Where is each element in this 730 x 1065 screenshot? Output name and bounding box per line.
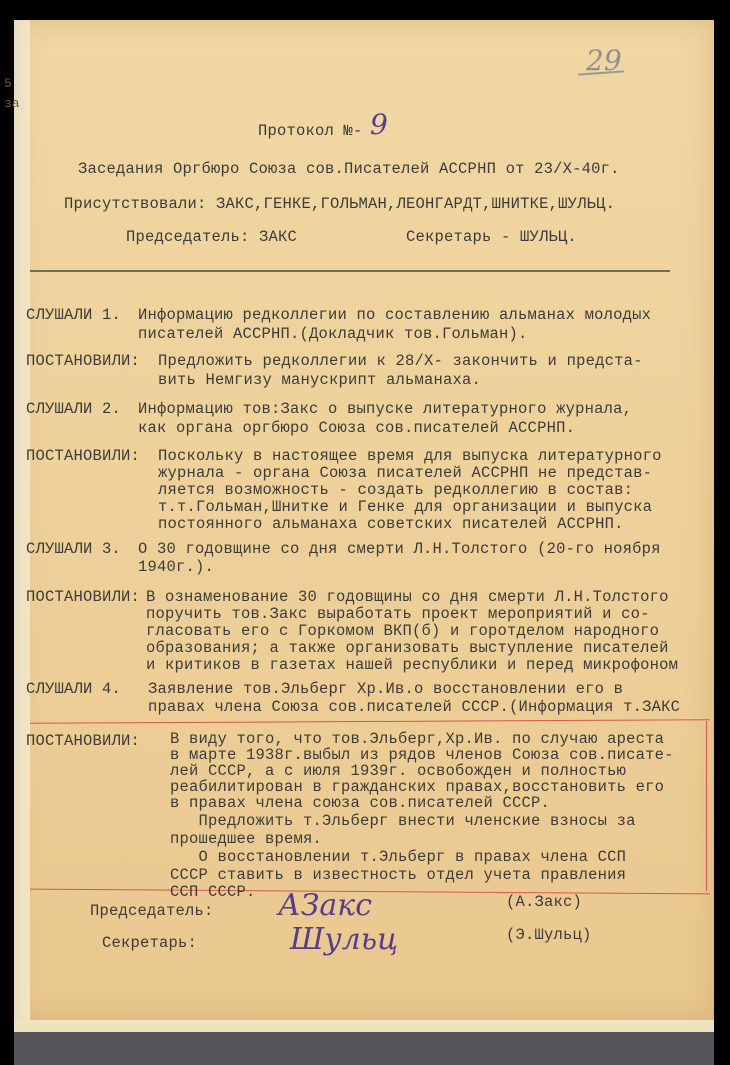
item-label: ПОСТАНОВИЛИ: (26, 352, 140, 370)
secretary-name: (Э.Шульц) (506, 926, 592, 944)
item-text-line: О 30 годовщине со дня смерти Л.Н.Толстог… (138, 540, 661, 558)
secretary-signature-label: Секретарь: (102, 934, 197, 952)
item-text-line: журнала - органа Союза писателей АССРНП … (158, 464, 652, 482)
item-label: СЛУШАЛИ 2. (26, 400, 121, 418)
item-text-line: как органа оргбюро Союза сов.писателей А… (138, 419, 575, 437)
separator-rule (30, 270, 670, 272)
red-pencil-mark (706, 721, 707, 891)
chair-signature: АЗакс (278, 888, 372, 923)
secretary-line: Секретарь - ШУЛЬЦ. (406, 228, 577, 246)
item-text-line: Предложить т.Эльберг внести членские взн… (170, 812, 636, 830)
item-text-line: Предложить редколлегии к 28/X- закончить… (158, 352, 643, 370)
binding-edge (14, 20, 30, 1020)
item-text-line: вить Немгизу манускрипт альманаха. (158, 371, 481, 389)
item-label: ПОСТАНОВИЛИ: (26, 588, 140, 606)
item-text-line: СССР ставить в известность отдел учета п… (170, 866, 626, 884)
protocol-number: 9 (370, 108, 388, 141)
item-text-line: постоянного альманаха советских писателе… (158, 515, 624, 533)
item-text-line: писателей АССРНП.(Докладчик тов.Гольман)… (138, 325, 528, 343)
item-label: СЛУШАЛИ 3. (26, 540, 121, 558)
item-text-line: образования; а также организовать выступ… (146, 639, 669, 657)
item-text-line: ляется возможность - создать редколлегию… (158, 481, 633, 499)
item-label: СЛУШАЛИ 1. (26, 306, 121, 324)
chair-signature-label: Председатель: (90, 902, 214, 920)
item-text-line: Информацию тов:Закс о выпуске литературн… (138, 400, 632, 418)
item-text-line: т.т.Гольман,Шнитке и Генке для организац… (158, 498, 652, 516)
item-text-line: в правах члена союза сов.писателей СССР. (170, 794, 550, 812)
item-text-line: Заявление тов.Эльберг Хр.Ив.о восстановл… (148, 680, 623, 698)
item-label: ПОСТАНОВИЛИ: (26, 447, 140, 465)
item-text-line: Поскольку в настоящее время для выпуска … (158, 447, 662, 465)
item-label: ПОСТАНОВИЛИ: (26, 732, 140, 750)
item-text-line: ССП СССР. (170, 883, 256, 901)
item-text-line: поручить тов.Закс выработать проект меро… (146, 605, 650, 623)
item-text-line: 1940г.). (138, 558, 214, 576)
protocol-title: Протокол №- (258, 122, 363, 140)
item-text-line: гласовать его с Горкомом ВКП(б) и горотд… (146, 622, 659, 640)
margin-note: за (4, 96, 20, 111)
chair-line: Председатель: ЗАКС (126, 228, 297, 246)
item-text-line: правах члена Союза сов.писателей СССР.(И… (148, 698, 680, 716)
item-text-line: Информацию редколлегии по составлению ал… (138, 306, 651, 324)
item-text-line: прошедшее время. (170, 830, 322, 848)
chair-name: (А.Закс) (506, 893, 582, 911)
secretary-signature: Шульц (290, 922, 398, 957)
item-text-line: О восстановлении т.Эльберг в правах член… (170, 848, 626, 866)
meeting-subtitle: Заседания Оргбюро Союза сов.Писателей АС… (78, 160, 620, 178)
item-text-line: и критиков в газетах нашей республики и … (146, 656, 678, 674)
margin-note: 5 (4, 76, 12, 91)
underlying-sheet (14, 1020, 714, 1032)
item-text-line: В ознаменование 30 годовщины со дня смер… (146, 588, 669, 606)
attendees-line: Присутствовали: ЗАКС,ГЕНКЕ,ГОЛЬМАН,ЛЕОНГ… (64, 195, 615, 213)
scan-background (14, 1032, 714, 1065)
item-label: СЛУШАЛИ 4. (26, 680, 121, 698)
